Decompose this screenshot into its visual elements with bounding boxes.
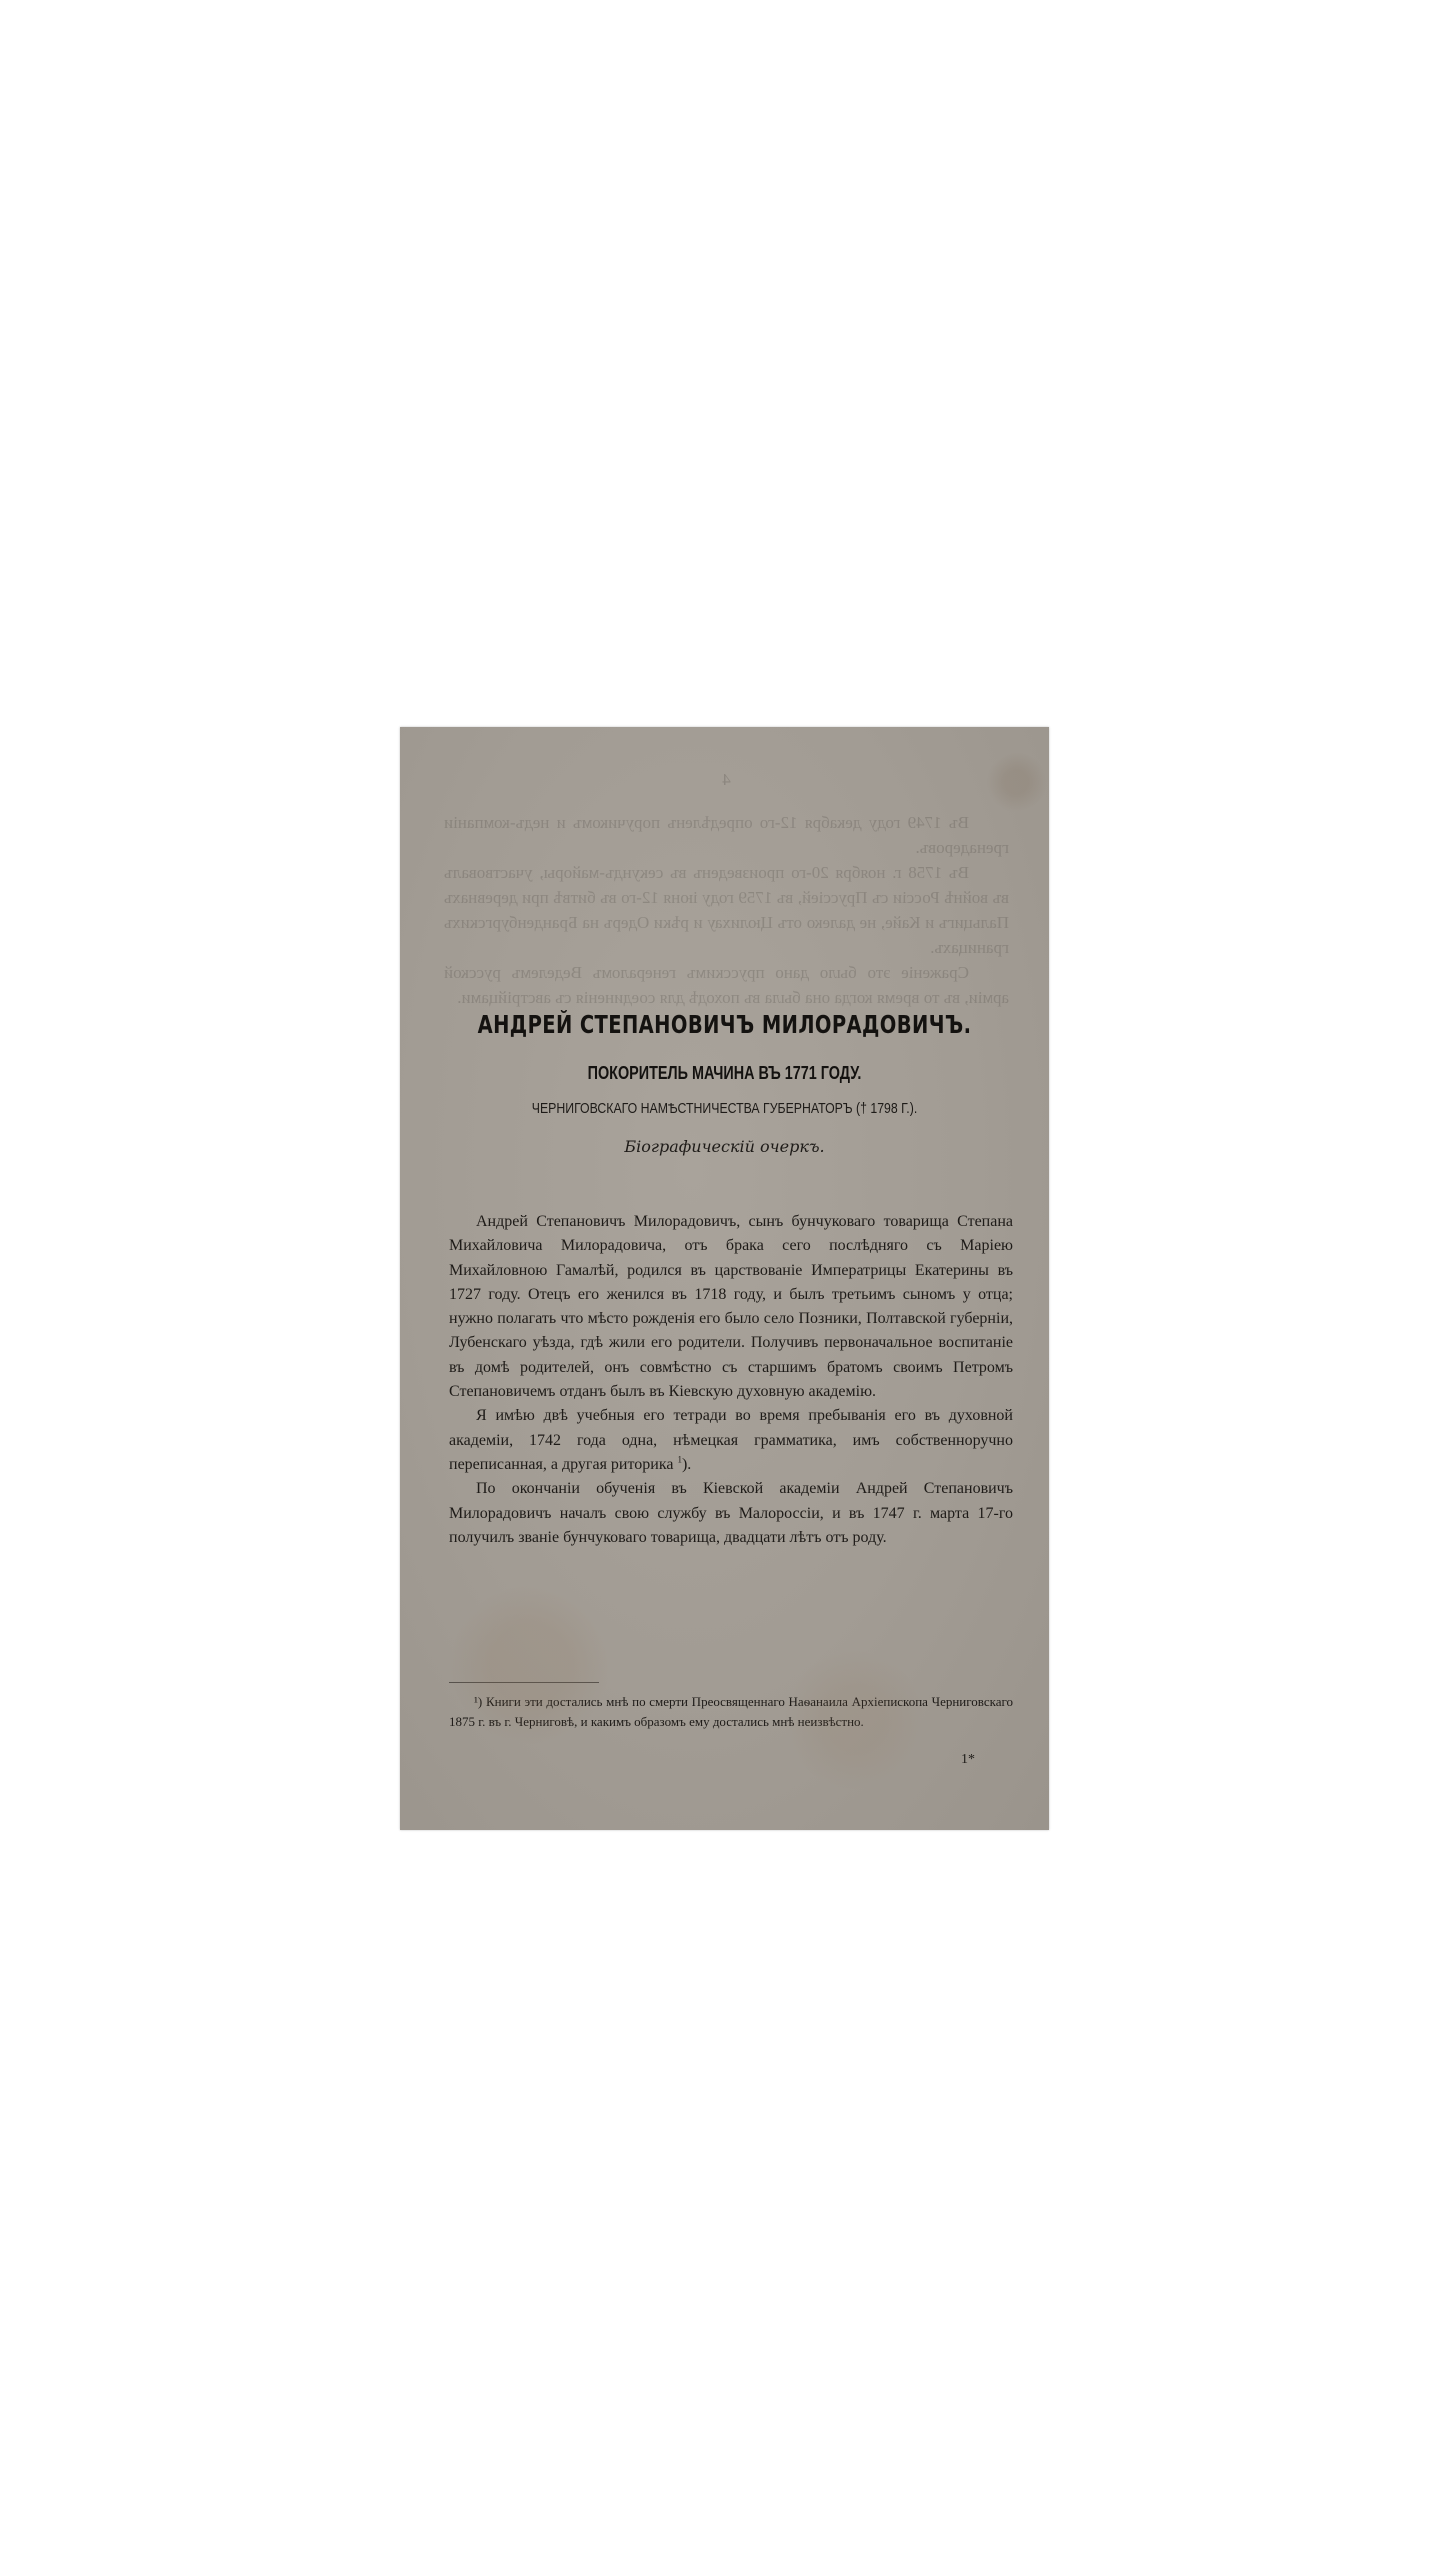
signature-mark: 1* [961, 1752, 975, 1768]
body-text: Андрей Степановичъ Милорадовичъ, сынъ бу… [449, 1210, 1013, 1550]
body-paragraph: Андрей Степановичъ Милорадовичъ, сынъ бу… [449, 1210, 1013, 1404]
body-paragraph-text: Я имѣю двѣ учебныя его тетради во время … [449, 1407, 1013, 1473]
body-paragraph: Я имѣю двѣ учебныя его тетради во время … [449, 1404, 1013, 1477]
scanned-page: 4 Въ 1749 году декабря 12-го опредѣленъ … [400, 727, 1049, 1830]
footnote-mark: ¹) [474, 1694, 482, 1709]
footnote-reference-tail: ). [682, 1456, 691, 1473]
footnote-paragraph: ¹) Книги эти достались мнѣ по смерти Пре… [449, 1692, 1013, 1732]
page-content: АНДРЕЙ СТЕПАНОВИЧЪ МИЛОРАДОВИЧЪ. ПОКОРИТ… [400, 727, 1049, 1830]
document-title: АНДРЕЙ СТЕПАНОВИЧЪ МИЛОРАДОВИЧЪ. [471, 1010, 977, 1039]
footnote-text: Книги эти достались мнѣ по смерти Преосв… [449, 1694, 1013, 1729]
document-subtitle-office: ЧЕРНИГОВСКАГО НАМѢСТНИЧЕСТВА ГУБЕРНАТОРЪ… [458, 1100, 990, 1117]
document-subtitle: ПОКОРИТЕЛЬ МАЧИНА ВЪ 1771 ГОДУ. [465, 1063, 984, 1084]
document-subtitle-genre: Біографическій очеркъ. [400, 1137, 1049, 1156]
body-paragraph: По окончаніи обученія въ Кіевской академ… [449, 1477, 1013, 1550]
footnote-separator [449, 1682, 599, 1683]
footnote: ¹) Книги эти достались мнѣ по смерти Пре… [449, 1692, 1013, 1732]
